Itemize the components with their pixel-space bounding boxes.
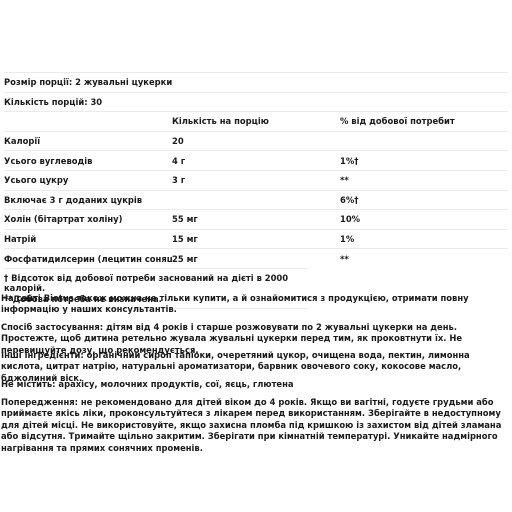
nutrient-amount: 4 г — [172, 151, 340, 171]
table-row: Холін (бітартрат холіну) 55 мг 10% — [4, 210, 508, 230]
table-row: Усього вуглеводів 4 г 1%† — [4, 151, 508, 171]
table-header-row: Кількість на порцію % від добової потреб… — [4, 112, 508, 132]
nutrient-name: Включає 3 г доданих цукрів — [4, 190, 172, 210]
nutrient-daily-value — [340, 131, 508, 151]
warning-paragraph: Попередження: не рекомендовано для дітей… — [1, 397, 506, 454]
table-row: Натрій 15 мг 1% — [4, 229, 508, 249]
table-row: Усього цукру 3 г ** — [4, 170, 508, 190]
header-daily-value: % від добової потребит — [340, 112, 508, 132]
nutrient-name: Фосфатидилсерин (лецитин соняшнику) — [4, 249, 172, 268]
nutrient-amount — [172, 190, 340, 210]
nutrient-daily-value: 1%† — [340, 151, 508, 171]
serving-size: Розмір порції: 2 жувальні цукерки — [4, 73, 508, 93]
supplement-facts-table: Розмір порції: 2 жувальні цукерки Кількі… — [4, 72, 508, 268]
serving-size-row: Розмір порції: 2 жувальні цукерки — [4, 73, 508, 93]
table-row: Фосфатидилсерин (лецитин соняшнику) 25 м… — [4, 249, 508, 268]
nutrient-name: Усього цукру — [4, 170, 172, 190]
free-from-paragraph: Не містить: арахісу, молочних продуктів,… — [1, 379, 506, 390]
nutrient-daily-value: 1% — [340, 229, 508, 249]
footnote-dagger: † Відсоток від добової потреби засновани… — [4, 273, 308, 294]
nutrient-amount: 15 мг — [172, 229, 340, 249]
nutrient-name: Усього вуглеводів — [4, 151, 172, 171]
header-nutrient — [4, 112, 172, 132]
nutrient-daily-value: ** — [340, 249, 508, 268]
nutrient-daily-value: 6%† — [340, 190, 508, 210]
nutrient-name: Холін (бітартрат холіну) — [4, 210, 172, 230]
serving-count-row: Кількість порцій: 30 — [4, 92, 508, 112]
nutrient-amount: 20 — [172, 131, 340, 151]
servings-per-container: Кількість порцій: 30 — [4, 92, 508, 112]
nutrient-amount: 25 мг — [172, 249, 340, 268]
nutrient-amount: 55 мг — [172, 210, 340, 230]
nutrient-amount: 3 г — [172, 170, 340, 190]
nutrient-daily-value: 10% — [340, 210, 508, 230]
nutrient-daily-value: ** — [340, 170, 508, 190]
table-row: Калорії 20 — [4, 131, 508, 151]
header-amount: Кількість на порцію — [172, 112, 340, 132]
nutrient-name: Калорії — [4, 131, 172, 151]
info-paragraph: На сайті Biotus також можна не тільки ку… — [1, 293, 506, 316]
table-row: Включає 3 г доданих цукрів 6%† — [4, 190, 508, 210]
nutrient-name: Натрій — [4, 229, 172, 249]
supplement-facts: Розмір порції: 2 жувальні цукерки Кількі… — [4, 72, 508, 309]
